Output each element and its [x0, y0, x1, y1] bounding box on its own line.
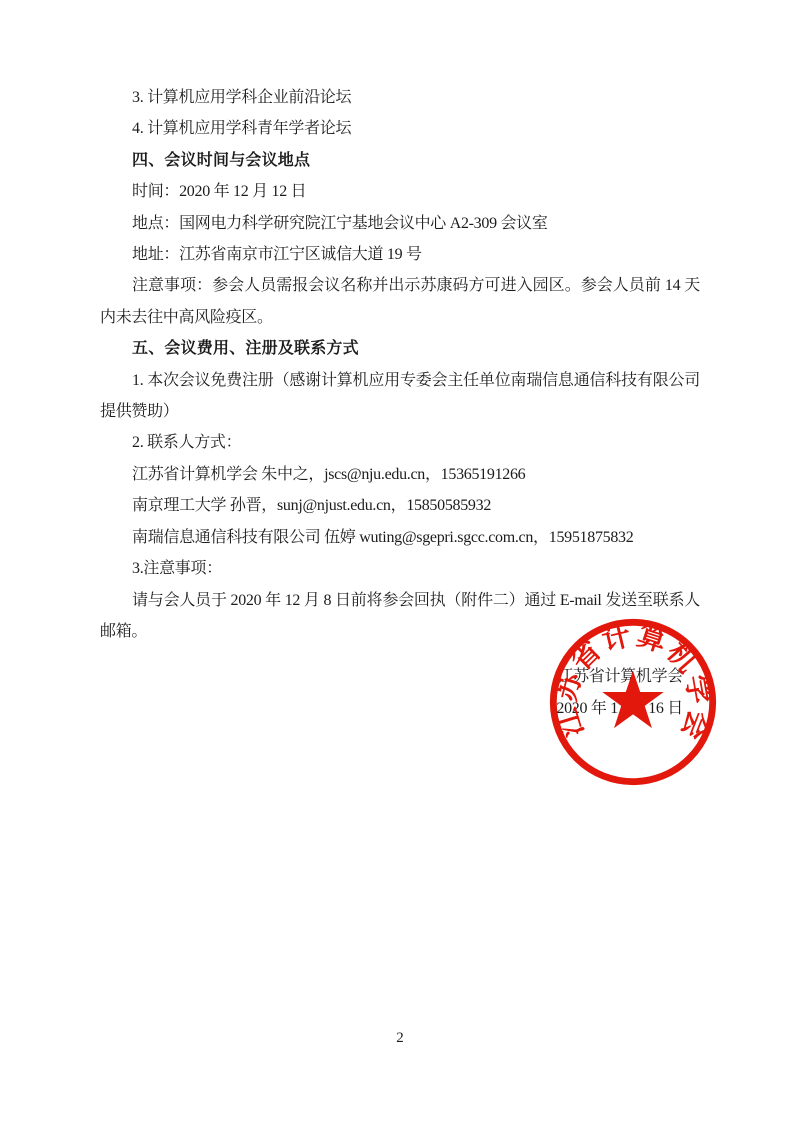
- signature-org: 江苏省计算机学会: [556, 661, 683, 693]
- registration-line: 1. 本次会议免费注册（感谢计算机应用专委会主任单位南瑞信息通信科技有限公司提供…: [100, 365, 700, 428]
- contact-njust: 南京理工大学 孙晋，sunj@njust.edu.cn，15850585932: [100, 490, 700, 521]
- contact-list-label: 2. 联系人方式：: [100, 427, 700, 458]
- meeting-venue-line: 地点：国网电力科学研究院江宁基地会议中心 A2-309 会议室: [100, 208, 700, 239]
- notice-paragraph: 注意事项：参会人员需报会议名称并出示苏康码方可进入园区。参会人员前 14 天内未…: [100, 270, 700, 333]
- contact-sgepri: 南瑞信息通信科技有限公司 伍婷 wuting@sgepri.sgcc.com.c…: [100, 522, 700, 553]
- list-item-4: 4. 计算机应用学科青年学者论坛: [100, 113, 700, 144]
- meeting-address-line: 地址：江苏省南京市江宁区诚信大道 19 号: [100, 239, 700, 270]
- contact-jscs: 江苏省计算机学会 朱中之，jscs@nju.edu.cn，15365191266: [100, 459, 700, 490]
- notes-label: 3.注意事项：: [100, 553, 700, 584]
- section-heading-5: 五、会议费用、注册及联系方式: [100, 333, 700, 364]
- signature-block: 江苏省计算机学会 2020 年 11 月 16 日: [556, 661, 683, 725]
- section-heading-4: 四、会议时间与会议地点: [100, 145, 700, 176]
- page-number: 2: [0, 1030, 800, 1047]
- reply-instruction: 请与会人员于 2020 年 12 月 8 日前将参会回执（附件二）通过 E-ma…: [100, 585, 700, 648]
- meeting-time-line: 时间：2020 年 12 月 12 日: [100, 176, 700, 207]
- document-page: 3. 计算机应用学科企业前沿论坛 4. 计算机应用学科青年学者论坛 四、会议时间…: [0, 0, 800, 1131]
- signature-date: 2020 年 11 月 16 日: [556, 693, 683, 725]
- list-item-3: 3. 计算机应用学科企业前沿论坛: [100, 82, 700, 113]
- document-body: 3. 计算机应用学科企业前沿论坛 4. 计算机应用学科青年学者论坛 四、会议时间…: [100, 82, 700, 647]
